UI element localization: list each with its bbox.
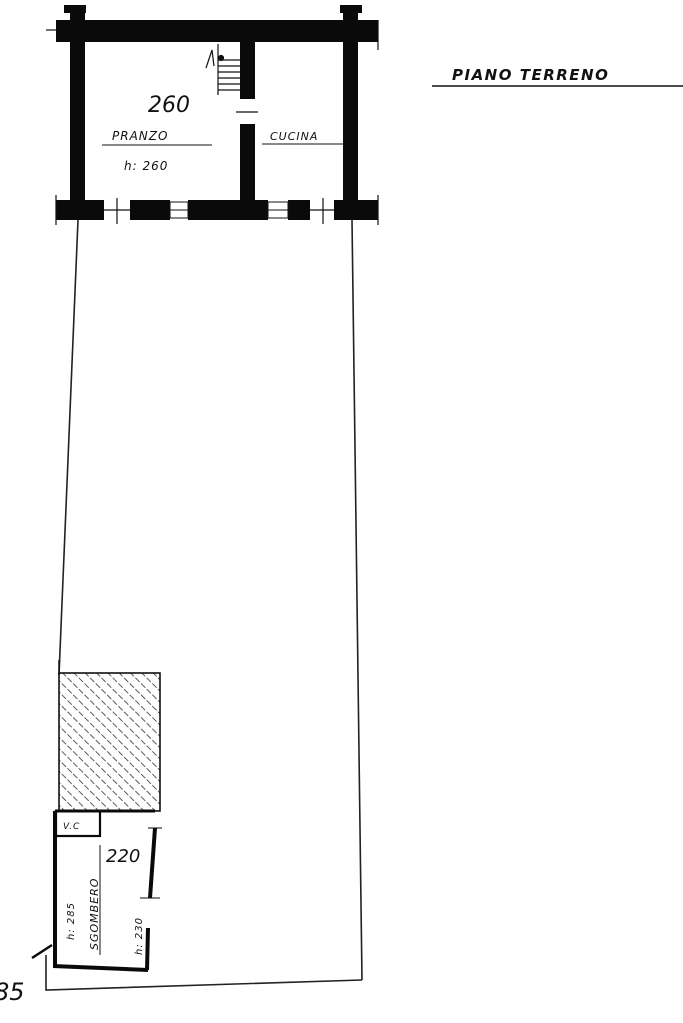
sgombero-note: 220	[106, 846, 140, 867]
floor-plan: 260 PRANZO h: 260 CUCINA PIANO TERRENO V…	[0, 0, 683, 1023]
room-label-pranzo: PRANZO	[112, 129, 168, 143]
room-label-cucina: CUCINA	[270, 130, 318, 143]
room-label-wc: V.C	[63, 822, 80, 832]
room-height-storage-left: h: 285	[66, 902, 77, 940]
pranzo-note: 260	[148, 93, 190, 118]
room-label-sgombero: SGOMBERO	[88, 878, 101, 950]
plan-title: PIANO TERRENO	[452, 66, 609, 84]
house-walls	[56, 5, 378, 220]
hatched-area	[59, 673, 160, 811]
room-height-storage-right: h: 230	[134, 917, 145, 955]
lot-boundary	[46, 220, 362, 990]
room-height-pranzo: h: 260	[124, 159, 168, 173]
stairs-icon	[206, 44, 240, 95]
margin-note: 85	[0, 978, 25, 1006]
